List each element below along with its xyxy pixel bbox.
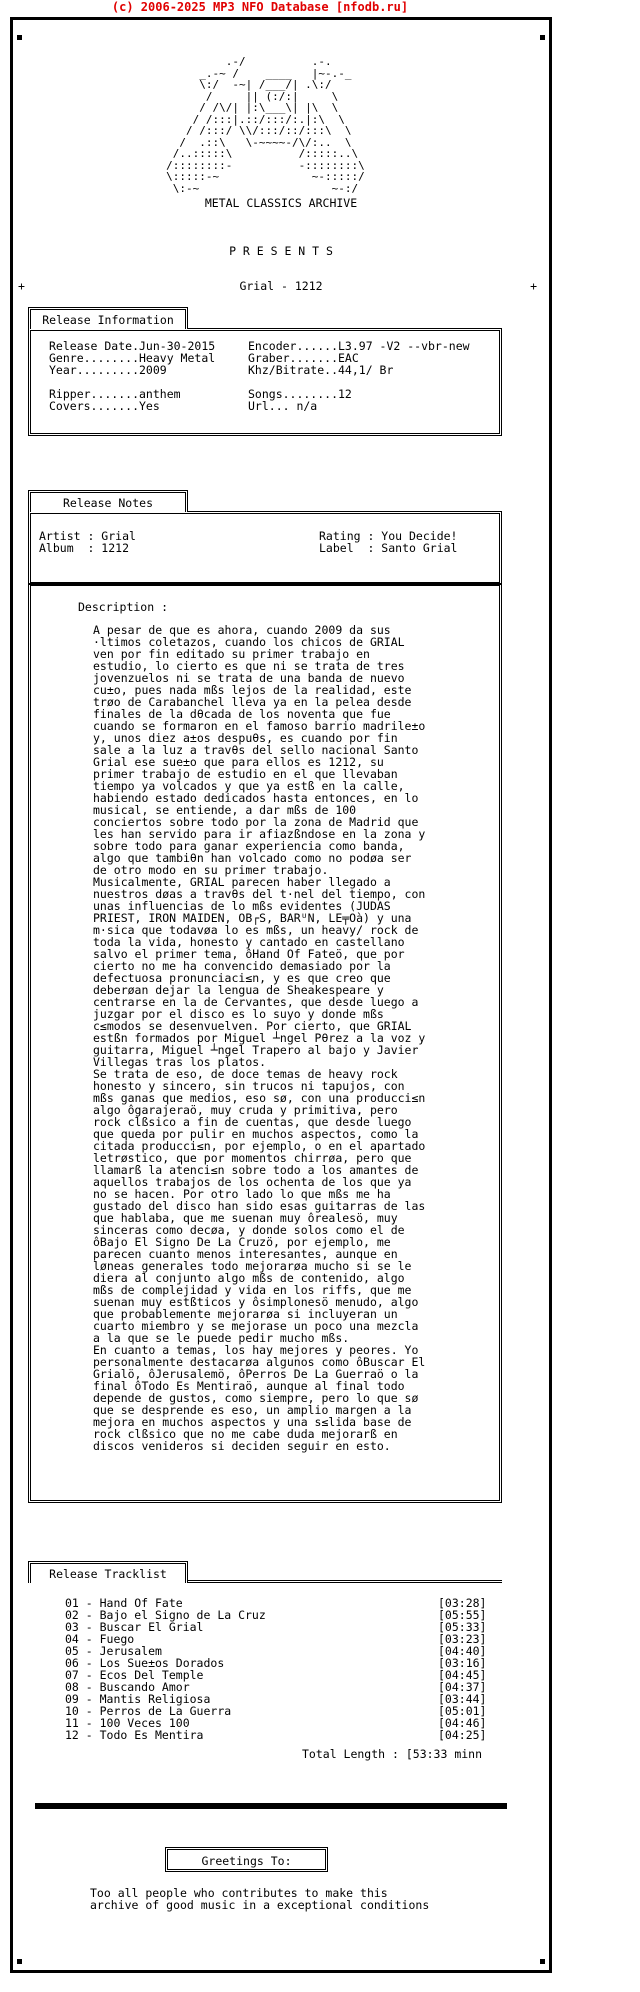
release-info-tab: Release Information <box>28 307 188 329</box>
description-label: Description : <box>78 601 168 613</box>
corner-marker <box>17 1959 22 1964</box>
tracklist-tab: Release Tracklist <box>28 1561 188 1583</box>
label-field: Label : Santo Grial <box>319 542 457 554</box>
total-length: Total Length : [53:33 minn <box>302 1748 482 1760</box>
release-info-left: Release Date.Jun-30-2015 Genre........He… <box>49 340 215 412</box>
release-title: Grial - 1212 <box>13 280 549 292</box>
release-info-section: Release Information Release Date.Jun-30-… <box>28 307 502 437</box>
tracklist-tab-label: Release Tracklist <box>31 1568 185 1580</box>
tracklist-section: Release Tracklist 01 - Hand Of Fate[03:2… <box>28 1561 502 1761</box>
copyright-header: (c) 2006-2025 MP3 NFO Database [nfodb.ru… <box>0 0 520 14</box>
greetings-label: Greetings To: <box>168 1855 325 1867</box>
release-notes-tab-label: Release Notes <box>31 497 185 509</box>
logo-title: METAL CLASSICS ARCHIVE <box>13 197 549 209</box>
release-info-box: Release Date.Jun-30-2015 Genre........He… <box>28 328 502 436</box>
track-row: 12 - Todo Es Mentira[04:25] <box>65 1729 465 1741</box>
release-info-tab-label: Release Information <box>31 314 185 326</box>
release-info-right: Encoder......L3.97 -V2 --vbr-new Graber.… <box>248 340 470 412</box>
greetings-text: Too all people who contributes to make t… <box>90 1887 429 1911</box>
ascii-logo: .-/ .-. _.-~ / ____ |~-.-_ \:/ -~| /___/… <box>133 56 365 194</box>
presents-text: P R E S E N T S <box>13 245 549 257</box>
nfo-frame: .-/ .-. _.-~ / ____ |~-.-_ \:/ -~| /___/… <box>10 17 552 1973</box>
album-field: Album : 1212 <box>39 542 129 554</box>
tracklist-rule <box>188 1580 502 1583</box>
release-notes-tab: Release Notes <box>28 490 188 512</box>
track-list: 01 - Hand Of Fate[03:28]02 - Bajo el Sig… <box>65 1597 465 1741</box>
section-divider <box>35 1803 507 1809</box>
track-title: 12 - Todo Es Mentira <box>65 1728 203 1742</box>
artist-info-box: Artist : Grial Album : 1212 Rating : You… <box>28 511 502 585</box>
description-box: Description : A pesar de que es ahora, c… <box>28 583 502 1503</box>
track-length: [04:25] <box>438 1729 486 1741</box>
corner-marker <box>540 1959 545 1964</box>
corner-marker <box>540 35 545 40</box>
greetings-box: Greetings To: <box>165 1847 328 1872</box>
release-notes-section: Release Notes Artist : Grial Album : 121… <box>28 490 502 1504</box>
corner-marker <box>17 35 22 40</box>
plus-marker: + <box>530 280 537 292</box>
description-text: A pesar de que es ahora, cuando 2009 da … <box>93 624 425 1452</box>
